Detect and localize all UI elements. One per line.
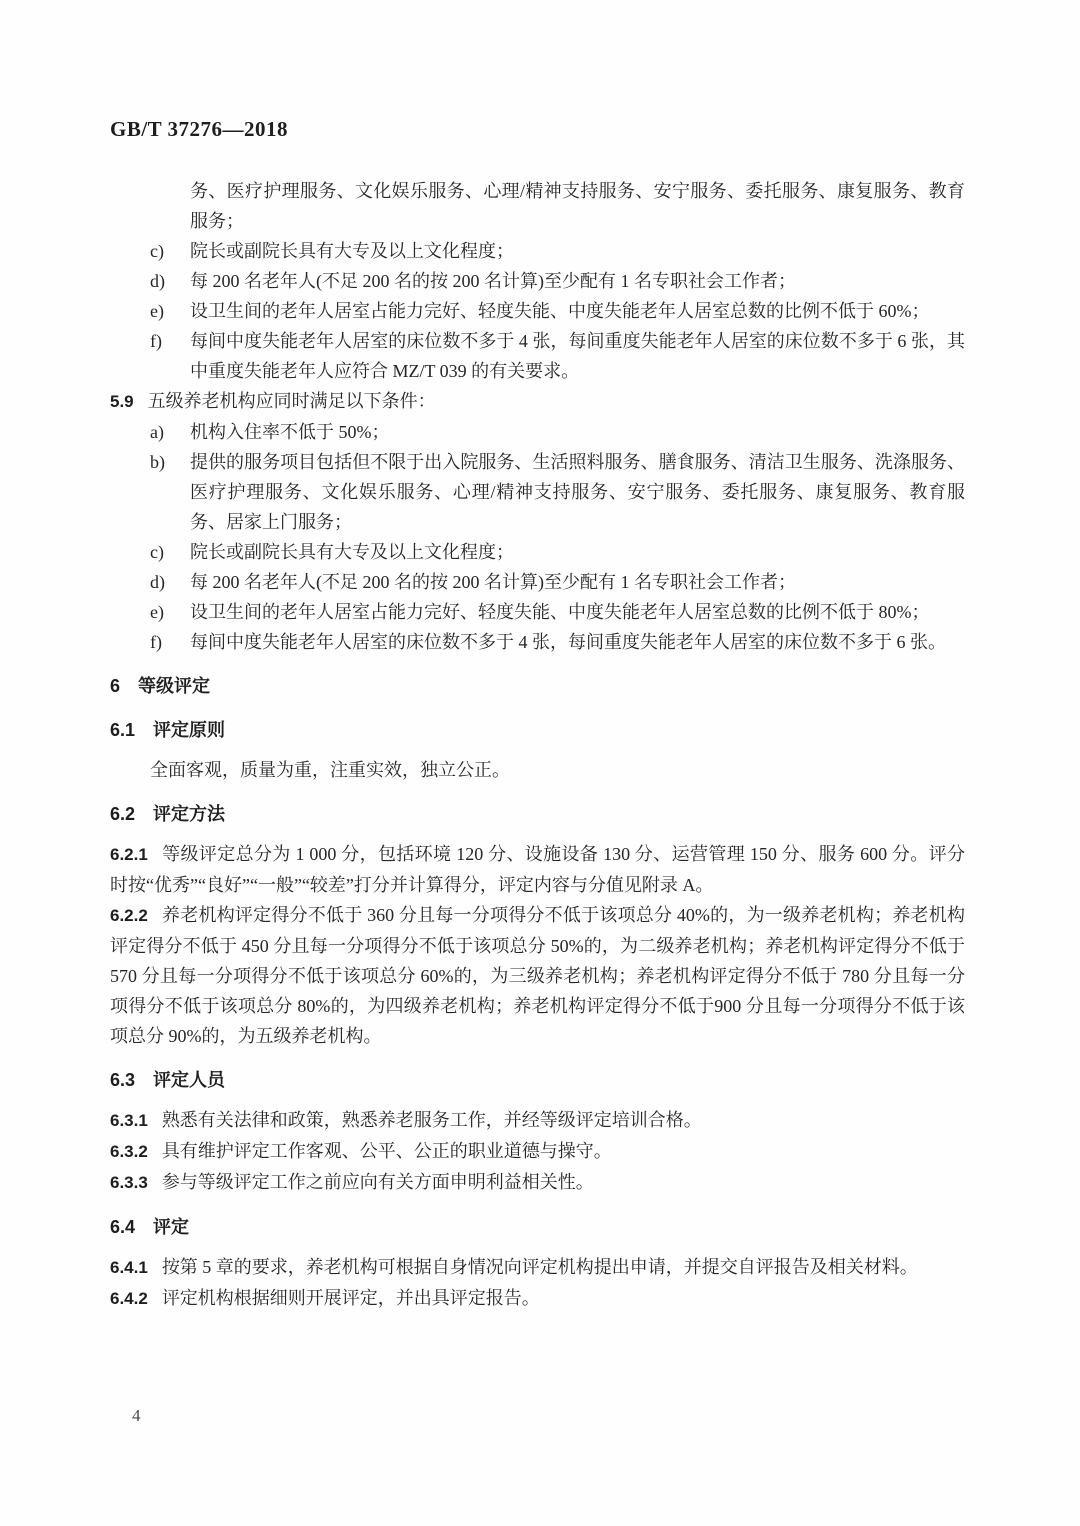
list-item: c) 院长或副院长具有大专及以上文化程度； <box>150 236 965 266</box>
clause-6-2-1: 6.2.1等级评定总分为 1 000 分，包括环境 120 分、设施设备 130… <box>110 839 965 900</box>
list-item-label: f) <box>150 326 190 386</box>
list-item-label: a) <box>150 417 190 447</box>
page-number: 4 <box>132 1406 141 1426</box>
list-item-label: d) <box>150 567 190 597</box>
list-item-label: b) <box>150 447 190 537</box>
section-heading-6-4: 6.4评定 <box>110 1212 965 1242</box>
clause-number: 6.3.3 <box>110 1173 148 1192</box>
list-item: e) 设卫生间的老年人居室占能力完好、轻度失能、中度失能老年人居室总数的比例不低… <box>150 597 965 627</box>
clause-text: 具有维护评定工作客观、公平、公正的职业道德与操守。 <box>162 1141 612 1161</box>
heading-number: 6.3 <box>110 1070 135 1090</box>
list-item: e) 设卫生间的老年人居室占能力完好、轻度失能、中度失能老年人居室总数的比例不低… <box>150 296 965 326</box>
clause-6-4-1: 6.4.1按第 5 章的要求，养老机构可根据自身情况向评定机构提出申请，并提交自… <box>110 1252 965 1283</box>
clause-number: 6.3.1 <box>110 1111 148 1130</box>
paragraph-6-1: 全面客观，质量为重，注重实效，独立公正。 <box>110 755 965 785</box>
clause-6-3-1: 6.3.1熟悉有关法律和政策，熟悉养老服务工作，并经等级评定培训合格。 <box>110 1105 965 1136</box>
list-item-label: c) <box>150 236 190 266</box>
section-heading-6-2: 6.2评定方法 <box>110 799 965 829</box>
clause-text: 养老机构评定得分不低于 360 分且每一分项得分不低于该项总分 40%的，为一级… <box>110 905 965 1046</box>
list-item-text: 每间中度失能老年人居室的床位数不多于 4 张，每间重度失能老年人居室的床位数不多… <box>190 627 965 657</box>
clause-number: 5.9 <box>110 392 134 411</box>
clause-number: 6.3.2 <box>110 1142 148 1161</box>
clause-number: 6.2.2 <box>110 906 148 925</box>
standard-number: GB/T 37276—2018 <box>110 118 965 140</box>
list-item-label: c) <box>150 537 190 567</box>
heading-number: 6.2 <box>110 804 135 824</box>
document-page: GB/T 37276—2018 务、医疗护理服务、文化娱乐服务、心理/精神支持服… <box>0 0 1080 1526</box>
clause-6-3-3: 6.3.3参与等级评定工作之前应向有关方面申明利益相关性。 <box>110 1167 965 1198</box>
list-item-text: 每 200 名老年人(不足 200 名的按 200 名计算)至少配有 1 名专职… <box>190 266 965 296</box>
list-item: f) 每间中度失能老年人居室的床位数不多于 4 张，每间重度失能老年人居室的床位… <box>150 627 965 657</box>
heading-title: 评定人员 <box>153 1070 225 1090</box>
list-item: b) 提供的服务项目包括但不限于出入院服务、生活照料服务、膳食服务、清洁卫生服务… <box>150 447 965 537</box>
list-item-text: 提供的服务项目包括但不限于出入院服务、生活照料服务、膳食服务、清洁卫生服务、洗涤… <box>190 447 965 537</box>
list-item-text: 院长或副院长具有大专及以上文化程度； <box>190 537 965 567</box>
clause-number: 6.2.1 <box>110 845 148 864</box>
list-item: a) 机构入住率不低于 50%； <box>150 417 965 447</box>
clause-text: 熟悉有关法律和政策，熟悉养老服务工作，并经等级评定培训合格。 <box>162 1110 702 1130</box>
list-item-text: 设卫生间的老年人居室占能力完好、轻度失能、中度失能老年人居室总数的比例不低于 8… <box>190 597 965 627</box>
heading-title: 评定方法 <box>153 804 225 824</box>
clause-6-3-2: 6.3.2具有维护评定工作客观、公平、公正的职业道德与操守。 <box>110 1136 965 1167</box>
list-item-text: 机构入住率不低于 50%； <box>190 417 965 447</box>
clause-number: 6.4.2 <box>110 1289 148 1308</box>
heading-number: 6.1 <box>110 720 135 740</box>
section-heading-6: 6等级评定 <box>110 671 965 701</box>
clause-text: 等级评定总分为 1 000 分，包括环境 120 分、设施设备 130 分、运营… <box>110 844 965 895</box>
page-content: GB/T 37276—2018 务、医疗护理服务、文化娱乐服务、心理/精神支持服… <box>0 0 1080 1314</box>
clause-text: 参与等级评定工作之前应向有关方面申明利益相关性。 <box>162 1172 594 1192</box>
clause-5-9: 5.9五级养老机构应同时满足以下条件： <box>110 386 965 417</box>
list-item: f) 每间中度失能老年人居室的床位数不多于 4 张，每间重度失能老年人居室的床位… <box>150 326 965 386</box>
list-item-label: d) <box>150 266 190 296</box>
list-item-label: e) <box>150 296 190 326</box>
list-item-label: e) <box>150 597 190 627</box>
section-heading-6-1: 6.1评定原则 <box>110 715 965 745</box>
heading-title: 等级评定 <box>138 676 210 696</box>
list-item-b-continuation: 务、医疗护理服务、文化娱乐服务、心理/精神支持服务、安宁服务、委托服务、康复服务… <box>110 176 965 236</box>
heading-title: 评定 <box>153 1217 189 1237</box>
clause-text: 评定机构根据细则开展评定，并出具评定报告。 <box>162 1288 540 1308</box>
clause-text: 五级养老机构应同时满足以下条件： <box>148 391 436 411</box>
clause-6-2-2: 6.2.2养老机构评定得分不低于 360 分且每一分项得分不低于该项总分 40%… <box>110 900 965 1051</box>
clause-text: 按第 5 章的要求，养老机构可根据自身情况向评定机构提出申请，并提交自评报告及相… <box>162 1257 918 1277</box>
clause-number: 6.4.1 <box>110 1258 148 1277</box>
heading-number: 6 <box>110 676 120 696</box>
heading-title: 评定原则 <box>153 720 225 740</box>
list-item-text: 每 200 名老年人(不足 200 名的按 200 名计算)至少配有 1 名专职… <box>190 567 965 597</box>
list-item: d) 每 200 名老年人(不足 200 名的按 200 名计算)至少配有 1 … <box>150 266 965 296</box>
list-item: d) 每 200 名老年人(不足 200 名的按 200 名计算)至少配有 1 … <box>150 567 965 597</box>
clause-6-4-2: 6.4.2评定机构根据细则开展评定，并出具评定报告。 <box>110 1283 965 1314</box>
heading-number: 6.4 <box>110 1217 135 1237</box>
list-item-text: 院长或副院长具有大专及以上文化程度； <box>190 236 965 266</box>
list-item-text: 每间中度失能老年人居室的床位数不多于 4 张，每间重度失能老年人居室的床位数不多… <box>190 326 965 386</box>
section-heading-6-3: 6.3评定人员 <box>110 1065 965 1095</box>
list-item: c) 院长或副院长具有大专及以上文化程度； <box>150 537 965 567</box>
list-item-text: 设卫生间的老年人居室占能力完好、轻度失能、中度失能老年人居室总数的比例不低于 6… <box>190 296 965 326</box>
list-item-label: f) <box>150 627 190 657</box>
